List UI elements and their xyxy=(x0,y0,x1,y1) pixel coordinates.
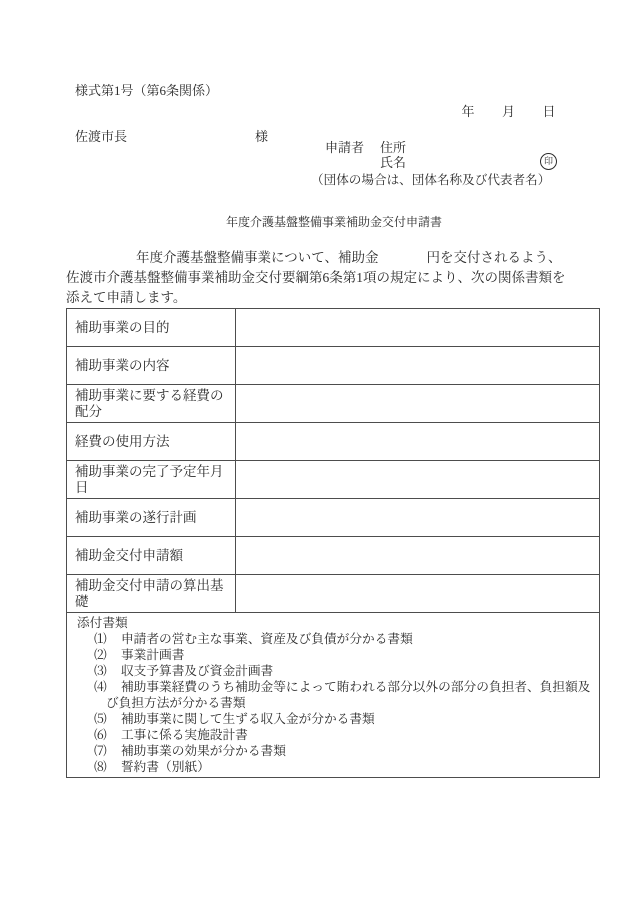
attachment-item: ⑵事業計画書 xyxy=(75,647,591,663)
attachment-item-number: ⑸ xyxy=(94,711,121,727)
document-title: 年度介護基盤整備事業補助金交付申請書 xyxy=(0,215,630,230)
attachments-cell: 添付書類 ⑴申請者の営む主な事業、資産及び負債が分かる書類 ⑵事業計画書 ⑶収支… xyxy=(67,613,600,778)
row-value-cell xyxy=(236,537,600,575)
row-label-cell: 補助金交付申請の算出基礎 xyxy=(67,575,236,613)
attachment-item-number: ⑴ xyxy=(94,631,121,647)
date-placeholder: 年 月 日 xyxy=(461,105,556,119)
attachment-item-text: 補助事業経費のうち補助金等によって賄われる部分以外の部分の負担者、負担額及び負担… xyxy=(106,680,590,710)
attachment-item: ⑻誓約書（別紙） xyxy=(75,759,591,775)
application-table: 補助事業の目的 補助事業の内容 補助事業に要する経費の配分 経費の使用方法 補助… xyxy=(66,308,600,778)
row-label-cell: 補助事業の遂行計画 xyxy=(67,499,236,537)
attachment-item: ⑸補助事業に関して生ずる収入金が分かる書類 xyxy=(75,711,591,727)
attachment-item-text: 工事に係る実施設計書 xyxy=(121,728,248,742)
attachment-item-text: 補助事業の効果が分かる書類 xyxy=(121,744,286,758)
group-note: （団体の場合は、団体名称及び代表者名） xyxy=(311,173,550,187)
attachment-item-number: ⑹ xyxy=(94,727,121,743)
body-line-1-prefix: 年度介護基盤整備事業について、補助金 xyxy=(136,250,378,265)
row-value-cell xyxy=(236,423,600,461)
seal-stamp-icon: 印 xyxy=(540,153,557,170)
row-label-cell: 補助事業に要する経費の配分 xyxy=(67,385,236,423)
attachment-item: ⑹工事に係る実施設計書 xyxy=(75,727,591,743)
applicant-label: 申請者 xyxy=(325,140,364,155)
document-page: 様式第1号（第6条関係） 年 月 日 佐渡市長様 申請者住所 氏名 印 （団体の… xyxy=(0,0,630,915)
table-row: 補助金交付申請の算出基礎 xyxy=(67,575,600,613)
row-value-cell xyxy=(236,385,600,423)
attachments-list: ⑴申請者の営む主な事業、資産及び負債が分かる書類 ⑵事業計画書 ⑶収支予算書及び… xyxy=(75,631,591,775)
attachment-item-number: ⑵ xyxy=(94,647,121,663)
name-label: 氏名 xyxy=(380,155,406,170)
attachment-item-text: 補助事業に関して生ずる収入金が分かる書類 xyxy=(121,712,375,726)
row-value-cell xyxy=(236,309,600,347)
table-row: 補助事業の遂行計画 xyxy=(67,499,600,537)
addressee-name: 佐渡市長 xyxy=(75,129,127,144)
attachment-item-number: ⑻ xyxy=(94,759,121,775)
attachment-item-text: 誓約書（別紙） xyxy=(121,760,210,774)
attachment-item-number: ⑶ xyxy=(94,663,121,679)
table-row: 補助事業の目的 xyxy=(67,309,600,347)
row-label-cell: 補助事業の目的 xyxy=(67,309,236,347)
row-label-cell: 補助事業の内容 xyxy=(67,347,236,385)
table-row: 補助事業に要する経費の配分 xyxy=(67,385,600,423)
row-label-cell: 補助事業の完了予定年月日 xyxy=(67,461,236,499)
table-row: 補助事業の内容 xyxy=(67,347,600,385)
row-value-cell xyxy=(236,575,600,613)
attachment-item: ⑷補助事業経費のうち補助金等によって賄われる部分以外の部分の負担者、負担額及び負… xyxy=(75,679,591,711)
name-line: 氏名 xyxy=(380,156,406,170)
attachments-row: 添付書類 ⑴申請者の営む主な事業、資産及び負債が分かる書類 ⑵事業計画書 ⑶収支… xyxy=(67,613,600,778)
attachment-item-text: 収支予算書及び資金計画書 xyxy=(121,664,273,678)
row-label-cell: 補助金交付申請額 xyxy=(67,537,236,575)
body-line-3: 添えて申請します。 xyxy=(66,288,566,308)
table-row: 補助金交付申請額 xyxy=(67,537,600,575)
attachment-item: ⑶収支予算書及び資金計画書 xyxy=(75,663,591,679)
attachment-item-text: 申請者の営む主な事業、資産及び負債が分かる書類 xyxy=(121,632,413,646)
body-paragraph: 年度介護基盤整備事業について、補助金円を交付されるよう、 佐渡市介護基盤整備事業… xyxy=(66,248,566,308)
attachment-item-number: ⑺ xyxy=(94,743,121,759)
row-value-cell xyxy=(236,347,600,385)
row-value-cell xyxy=(236,461,600,499)
form-number: 様式第1号（第6条関係） xyxy=(75,84,218,98)
row-label-cell: 経費の使用方法 xyxy=(67,423,236,461)
attachment-item-text: 事業計画書 xyxy=(121,648,184,662)
body-line-1: 年度介護基盤整備事業について、補助金円を交付されるよう、 xyxy=(66,248,566,268)
applicant-line: 申請者住所 xyxy=(325,141,406,155)
body-line-2: 佐渡市介護基盤整備事業補助金交付要綱第6条第1項の規定により、次の関係書類を xyxy=(66,268,566,288)
attachment-item: ⑴申請者の営む主な事業、資産及び負債が分かる書類 xyxy=(75,631,591,647)
address-label: 住所 xyxy=(380,140,406,155)
body-line-1-suffix: 円を交付されるよう、 xyxy=(426,250,561,265)
addressee-honorific: 様 xyxy=(255,129,268,144)
table-row: 補助事業の完了予定年月日 xyxy=(67,461,600,499)
attachments-heading: 添付書類 xyxy=(75,615,591,631)
attachment-item-number: ⑷ xyxy=(94,679,121,695)
table-row: 経費の使用方法 xyxy=(67,423,600,461)
row-value-cell xyxy=(236,499,600,537)
attachment-item: ⑺補助事業の効果が分かる書類 xyxy=(75,743,591,759)
addressee-line: 佐渡市長様 xyxy=(75,130,268,144)
